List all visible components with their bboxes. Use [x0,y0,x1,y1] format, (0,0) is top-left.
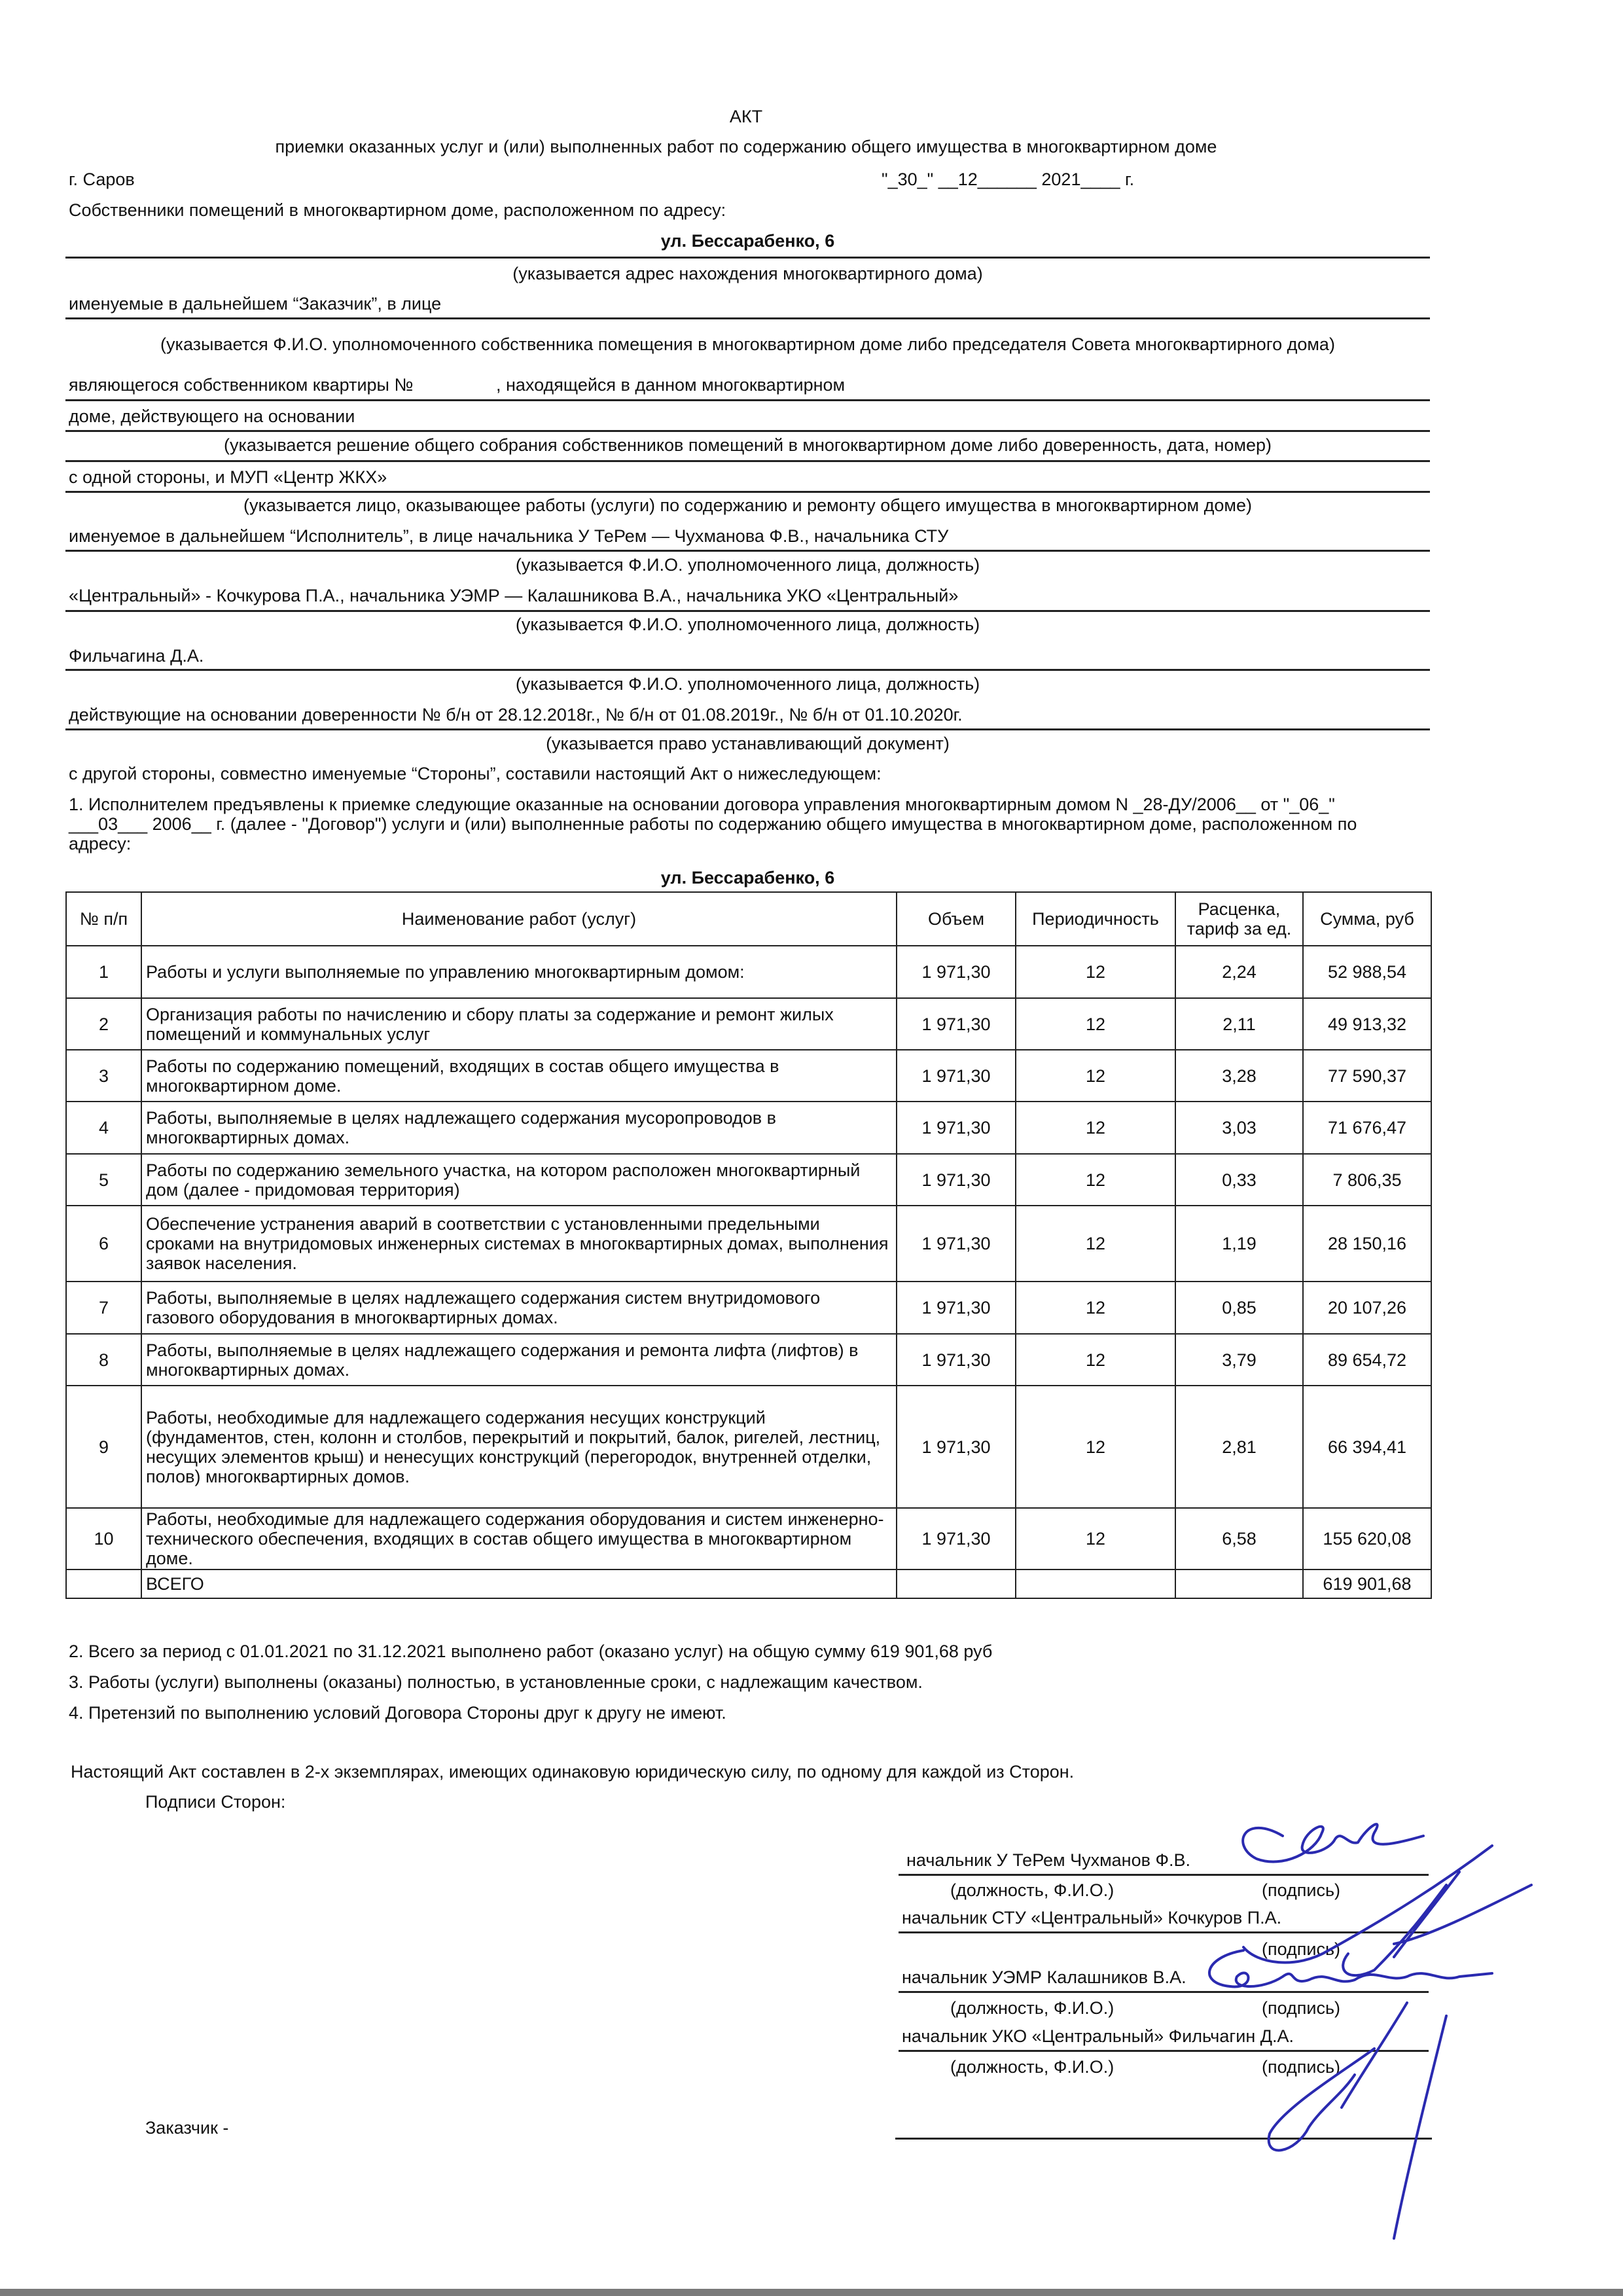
table-header-row: № п/п Наименование работ (услуг) Объем П… [66,892,1431,946]
volume-cell: 1 971,30 [897,1508,1016,1570]
signer-3-hint-signature: (подпись) [1262,1998,1340,2018]
clause-1-line-2: ___03___ 2006__ г. (далее - "Договор") у… [69,814,1357,834]
table-row: 1Работы и услуги выполняемые по управлен… [66,946,1431,998]
work-name-cell: Работы, необходимые для надлежащего соде… [141,1386,897,1508]
row-number-cell: 6 [66,1206,141,1282]
periodicity-cell: 12 [1016,946,1175,998]
volume-cell: 1 971,30 [897,946,1016,998]
work-name-cell: Работы по содержанию помещений, входящих… [141,1050,897,1102]
clause-1-line-1: 1. Исполнителем предъявлены к приемке сл… [69,794,1335,815]
table-row: 6Обеспечение устранения аварий в соответ… [66,1206,1431,1282]
empty-cell [1016,1570,1175,1598]
house-address: ул. Бессарабенко, 6 [65,230,1430,251]
signer-1-hint-signature: (подпись) [1262,1880,1340,1901]
rule [65,317,1430,319]
work-name-cell: Работы, выполняемые в целях надлежащего … [141,1102,897,1154]
rule [65,430,1430,432]
sum-cell: 77 590,37 [1303,1050,1431,1102]
signature-line [899,2050,1429,2052]
rule [65,491,1430,493]
periodicity-cell: 12 [1016,1206,1175,1282]
city: г. Саров [69,169,135,190]
signer-1-hint-position: (должность, Ф.И.О.) [950,1880,1114,1901]
contractor-line: с одной стороны, и МУП «Центр ЖКХ» [69,467,387,488]
sum-cell: 71 676,47 [1303,1102,1431,1154]
periodicity-cell: 12 [1016,1282,1175,1334]
periodicity-cell: 12 [1016,1334,1175,1386]
volume-cell: 1 971,30 [897,1282,1016,1334]
total-sum-cell: 619 901,68 [1303,1570,1431,1598]
clause-1-line-3: адресу: [69,833,131,854]
signer-3-hint-position: (должность, Ф.И.О.) [950,1998,1114,2018]
rule [65,550,1430,552]
rule [65,460,1430,462]
volume-cell: 1 971,30 [897,1154,1016,1206]
hint-basis: (указывается решение общего собрания соб… [65,435,1430,456]
periodicity-cell: 12 [1016,998,1175,1050]
column-header-rate: Расценка, тариф за ед. [1175,892,1303,946]
signer-2-name: начальник СТУ «Центральный» Кочкуров П.А… [902,1907,1281,1928]
table-row: 3Работы по содержанию помещений, входящи… [66,1050,1431,1102]
customer-line: именуемые в дальнейшем “Заказчик”, в лиц… [69,293,441,314]
signer-4-hint-signature: (подпись) [1262,2056,1340,2077]
scan-edge [0,2289,1623,2296]
periodicity-cell: 12 [1016,1102,1175,1154]
power-of-attorney: действующие на основании доверенности № … [69,704,963,725]
rule [65,728,1430,730]
signature-line [899,1931,1429,1933]
document-date: "_30_" __12______ 2021____ г. [882,169,1134,190]
rate-cell: 3,28 [1175,1050,1303,1102]
table-row: 10Работы, необходимые для надлежащего со… [66,1508,1431,1570]
signer-3-name: начальник УЭМР Калашников В.А. [902,1967,1186,1988]
table-row: 5Работы по содержанию земельного участка… [66,1154,1431,1206]
column-header-sum: Сумма, руб [1303,892,1431,946]
copies-statement: Настоящий Акт составлен в 2-х экземпляра… [71,1761,1074,1782]
owner-apartment-label: являющегося собственником квартиры № [69,374,413,395]
table-address: ул. Бессарабенко, 6 [65,867,1430,888]
row-number-cell: 3 [66,1050,141,1102]
volume-cell: 1 971,30 [897,1386,1016,1508]
rule [65,610,1430,612]
rate-cell: 0,85 [1175,1282,1303,1334]
clause-3: 3. Работы (услуги) выполнены (оказаны) п… [69,1672,923,1693]
hint-contractor: (указывается лицо, оказывающее работы (у… [65,495,1430,516]
work-name-cell: Работы, необходимые для надлежащего соде… [141,1508,897,1570]
rule [65,257,1430,259]
table-row: 2Организация работы по начислению и сбор… [66,998,1431,1050]
sum-cell: 28 150,16 [1303,1206,1431,1282]
rate-cell: 3,03 [1175,1102,1303,1154]
clause-2: 2. Всего за период с 01.01.2021 по 31.12… [69,1641,992,1662]
volume-cell: 1 971,30 [897,1334,1016,1386]
rate-cell: 1,19 [1175,1206,1303,1282]
rule [65,399,1430,401]
document-subtitle: приемки оказанных услуг и (или) выполнен… [0,136,1492,157]
sum-cell: 155 620,08 [1303,1508,1431,1570]
signer-4-hint-position: (должность, Ф.И.О.) [950,2056,1114,2077]
owners-line: Собственники помещений в многоквартирном… [69,200,726,221]
owner-apartment-location: , находящейся в данном многоквартирном [496,374,845,395]
empty-cell [1175,1570,1303,1598]
rule [65,669,1430,671]
rate-cell: 3,79 [1175,1334,1303,1386]
periodicity-cell: 12 [1016,1386,1175,1508]
works-table: № п/п Наименование работ (услуг) Объем П… [65,891,1432,1599]
column-header-number: № п/п [66,892,141,946]
sum-cell: 20 107,26 [1303,1282,1431,1334]
signer-1-name: начальник У ТеРем Чухманов Ф.В. [906,1850,1190,1871]
signature-line [899,1874,1429,1876]
table-row: 7Работы, выполняемые в целях надлежащего… [66,1282,1431,1334]
hint-person-2: (указывается Ф.И.О. уполномоченного лица… [65,614,1430,635]
row-number-cell: 1 [66,946,141,998]
signature-line [899,1991,1429,1993]
rate-cell: 2,81 [1175,1386,1303,1508]
column-header-volume: Объем [897,892,1016,946]
signer-4-name: начальник УКО «Центральный» Фильчагин Д.… [902,2026,1294,2047]
volume-cell: 1 971,30 [897,1206,1016,1282]
signer-2-hint-signature: (подпись) [1262,1939,1340,1960]
periodicity-cell: 12 [1016,1508,1175,1570]
parties-line: с другой стороны, совместно именуемые “С… [69,763,882,784]
customer-signature-line [895,2138,1432,2140]
row-number-cell: 8 [66,1334,141,1386]
sum-cell: 7 806,35 [1303,1154,1431,1206]
periodicity-cell: 12 [1016,1154,1175,1206]
row-number-cell: 10 [66,1508,141,1570]
executor-line: именуемое в дальнейшем “Исполнитель”, в … [69,526,948,547]
empty-cell [66,1570,141,1598]
clause-4: 4. Претензий по выполнению условий Догов… [69,1702,726,1723]
row-number-cell: 9 [66,1386,141,1508]
executor-line-3: Фильчагина Д.А. [69,645,204,666]
column-header-name: Наименование работ (услуг) [141,892,897,946]
work-name-cell: Работы и услуги выполняемые по управлени… [141,946,897,998]
customer-label: Заказчик - [145,2117,228,2138]
work-name-cell: Работы, выполняемые в целях надлежащего … [141,1282,897,1334]
executor-line-2: «Центральный» - Кочкурова П.А., начальни… [69,585,958,606]
row-number-cell: 4 [66,1102,141,1154]
document-title: АКТ [0,106,1492,127]
work-name-cell: Работы по содержанию земельного участка,… [141,1154,897,1206]
acting-basis: доме, действующего на основании [69,406,355,427]
sum-cell: 89 654,72 [1303,1334,1431,1386]
hint-person-1: (указывается Ф.И.О. уполномоченного лица… [65,554,1430,575]
volume-cell: 1 971,30 [897,1102,1016,1154]
sum-cell: 49 913,32 [1303,998,1431,1050]
work-name-cell: Работы, выполняемые в целях надлежащего … [141,1334,897,1386]
hint-person-3: (указывается Ф.И.О. уполномоченного лица… [65,673,1430,694]
empty-cell [897,1570,1016,1598]
rate-cell: 2,11 [1175,998,1303,1050]
work-name-cell: Организация работы по начислению и сбору… [141,998,897,1050]
table-row: 8Работы, выполняемые в целях надлежащего… [66,1334,1431,1386]
hint-address: (указывается адрес нахождения многокварт… [65,263,1430,284]
row-number-cell: 2 [66,998,141,1050]
total-label-cell: ВСЕГО [141,1570,897,1598]
table-row: 9Работы, необходимые для надлежащего сод… [66,1386,1431,1508]
row-number-cell: 7 [66,1282,141,1334]
volume-cell: 1 971,30 [897,998,1016,1050]
table-total-row: ВСЕГО619 901,68 [66,1570,1431,1598]
sum-cell: 66 394,41 [1303,1386,1431,1508]
work-name-cell: Обеспечение устранения аварий в соответс… [141,1206,897,1282]
rate-cell: 6,58 [1175,1508,1303,1570]
row-number-cell: 5 [66,1154,141,1206]
hint-document: (указывается право устанавливающий докум… [65,733,1430,754]
column-header-period: Периодичность [1016,892,1175,946]
volume-cell: 1 971,30 [897,1050,1016,1102]
rate-cell: 0,33 [1175,1154,1303,1206]
hint-customer: (указывается Ф.И.О. уполномоченного собс… [65,334,1430,355]
signatures-title: Подписи Сторон: [145,1791,285,1812]
periodicity-cell: 12 [1016,1050,1175,1102]
rate-cell: 2,24 [1175,946,1303,998]
table-row: 4Работы, выполняемые в целях надлежащего… [66,1102,1431,1154]
sum-cell: 52 988,54 [1303,946,1431,998]
